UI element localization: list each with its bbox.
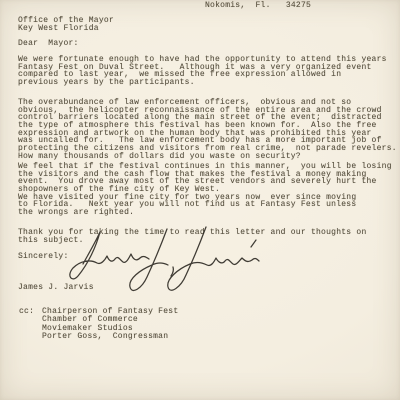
paragraph-1: We were fortunate enough to have had the… [18, 56, 387, 87]
cc-list: Chairperson of Fantasy Fest Chamber of C… [42, 308, 178, 341]
salutation: Dear Mayor: [18, 40, 79, 48]
paragraph-4: Thank you for taking the time to read th… [18, 229, 367, 244]
closing-salutation: Sincerely: [18, 253, 69, 261]
recipient-address: Office of the Mayor Key West Florida [18, 17, 114, 33]
typed-signature-name: James J. Jarvis [18, 284, 94, 292]
letter-page: Nokomis, Fl. 34275 Office of the Mayor K… [0, 0, 400, 400]
paragraph-2: The overabundance of law enforcement off… [18, 99, 397, 160]
paragraph-3: We feel that if the festival continues i… [18, 163, 392, 217]
signature-stroke-comma [171, 267, 173, 276]
cc-label: cc: [19, 308, 34, 316]
sender-location: Nokomis, Fl. 34275 [205, 2, 311, 10]
